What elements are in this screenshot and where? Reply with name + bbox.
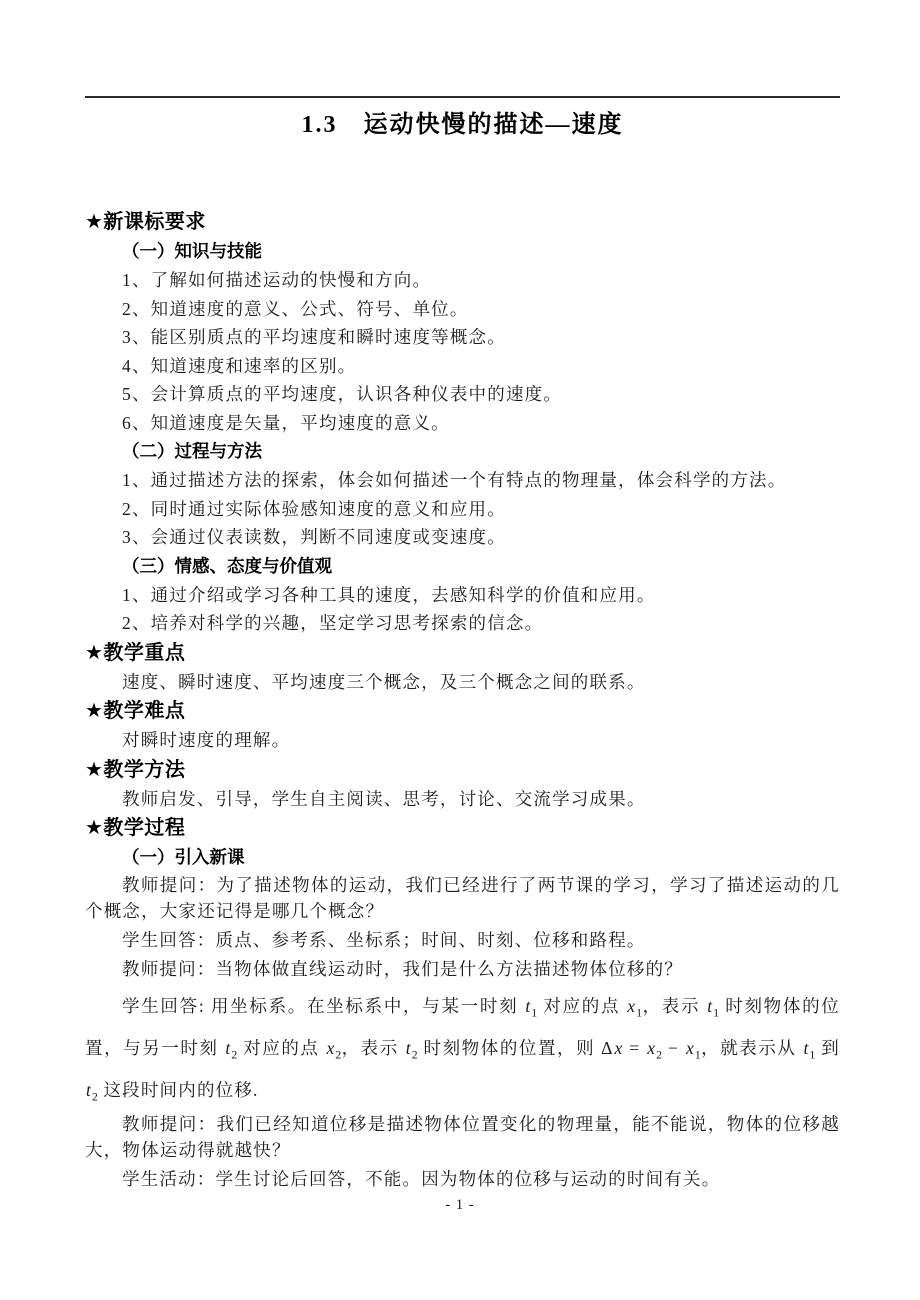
subheading-emotion-attitude-values: （三）情感、态度与价值观 — [85, 552, 840, 581]
list-item: 5、会计算质点的平均速度，认识各种仪表中的速度。 — [85, 380, 840, 409]
paragraph-teacher-question-3: 教师提问：我们已经知道位移是描述物体位置变化的物理量，能不能说，物体的位移越大，… — [85, 1111, 840, 1163]
subheading-intro-new-lesson: （一）引入新课 — [85, 843, 840, 872]
list-item: 2、同时通过实际体验感知速度的意义和应用。 — [85, 495, 840, 524]
list-item: 2、培养对科学的兴趣，坚定学习思考探索的信念。 — [85, 609, 840, 638]
page-number: - 1 - — [0, 1196, 920, 1214]
list-item: 1、了解如何描述运动的快慢和方向。 — [85, 266, 840, 295]
subheading-process-method: （二）过程与方法 — [85, 437, 840, 466]
page-title: 1.3 运动快慢的描述—速度 — [85, 107, 840, 143]
paragraph-teacher-question-1: 教师提问：为了描述物体的运动，我们已经进行了两节课的学习，学习了描述运动的几个概… — [85, 872, 840, 924]
list-item: 2、知道速度的意义、公式、符号、单位。 — [85, 295, 840, 324]
math-subscript: 1 — [636, 1006, 642, 1020]
list-item: 1、通过描述方法的探索，体会如何描述一个有特点的物理量，体会科学的方法。 — [85, 466, 840, 495]
paragraph-student-answer-1: 学生回答：质点、参考系、坐标系；时间、时刻、位移和路程。 — [85, 927, 840, 953]
math-variable: x — [626, 996, 636, 1016]
subheading-knowledge-skills: （一）知识与技能 — [85, 237, 840, 266]
list-item: 3、能区别质点的平均速度和瞬时速度等概念。 — [85, 323, 840, 352]
heading-teaching-procedure: ★教学过程 — [85, 813, 840, 843]
paragraph-student-answer-coordinates-math: 学生回答: 用坐标系。在坐标系中，与某一时刻 t1 对应的点 x1，表示 t1 … — [85, 985, 840, 1111]
heading-teaching-method: ★教学方法 — [85, 755, 840, 785]
method-body: 教师启发、引导，学生自主阅读、思考，讨论、交流学习成果。 — [85, 785, 840, 814]
math-subscript: 1 — [531, 1006, 537, 1020]
spacer — [85, 143, 840, 207]
list-item: 4、知道速度和速率的区别。 — [85, 352, 840, 381]
key-points-body: 速度、瞬时速度、平均速度三个概念，及三个概念之间的联系。 — [85, 668, 840, 697]
math-subscript: 2 — [412, 1048, 418, 1062]
math-subscript: 1 — [713, 1006, 719, 1020]
math-subscript: 2 — [335, 1048, 341, 1062]
paragraph-student-activity: 学生活动：学生讨论后回答，不能。因为物体的位移与运动的时间有关。 — [85, 1166, 840, 1192]
math-variable: x — [325, 1038, 335, 1058]
math-variable: t — [85, 1080, 92, 1100]
heading-teaching-difficulty: ★教学难点 — [85, 696, 840, 726]
list-item: 3、会通过仪表读数，判断不同速度或变速度。 — [85, 523, 840, 552]
math-subscript: 1 — [809, 1048, 815, 1062]
math-variable: t — [405, 1038, 412, 1058]
heading-curriculum-requirements: ★新课标要求 — [85, 207, 840, 237]
paragraph-teacher-question-2: 教师提问：当物体做直线运动时，我们是什么方法描述物体位移的？ — [85, 956, 840, 982]
document-page: 1.3 运动快慢的描述—速度 ★新课标要求 （一）知识与技能 1、了解如何描述运… — [0, 0, 920, 1300]
math-subscript: 1 — [695, 1048, 701, 1062]
difficulty-body: 对瞬时速度的理解。 — [85, 726, 840, 755]
math-variable: x — [614, 1038, 624, 1058]
math-subscript: 2 — [92, 1090, 98, 1104]
math-subscript: 2 — [656, 1048, 662, 1062]
math-subscript: 2 — [231, 1048, 237, 1062]
list-item: 6、知道速度是矢量，平均速度的意义。 — [85, 409, 840, 438]
header-rule — [85, 96, 840, 98]
list-item: 1、通过介绍或学习各种工具的速度，去感知科学的价值和应用。 — [85, 581, 840, 610]
heading-teaching-key-points: ★教学重点 — [85, 638, 840, 668]
math-variable: x — [646, 1038, 656, 1058]
math-variable: x — [685, 1038, 695, 1058]
